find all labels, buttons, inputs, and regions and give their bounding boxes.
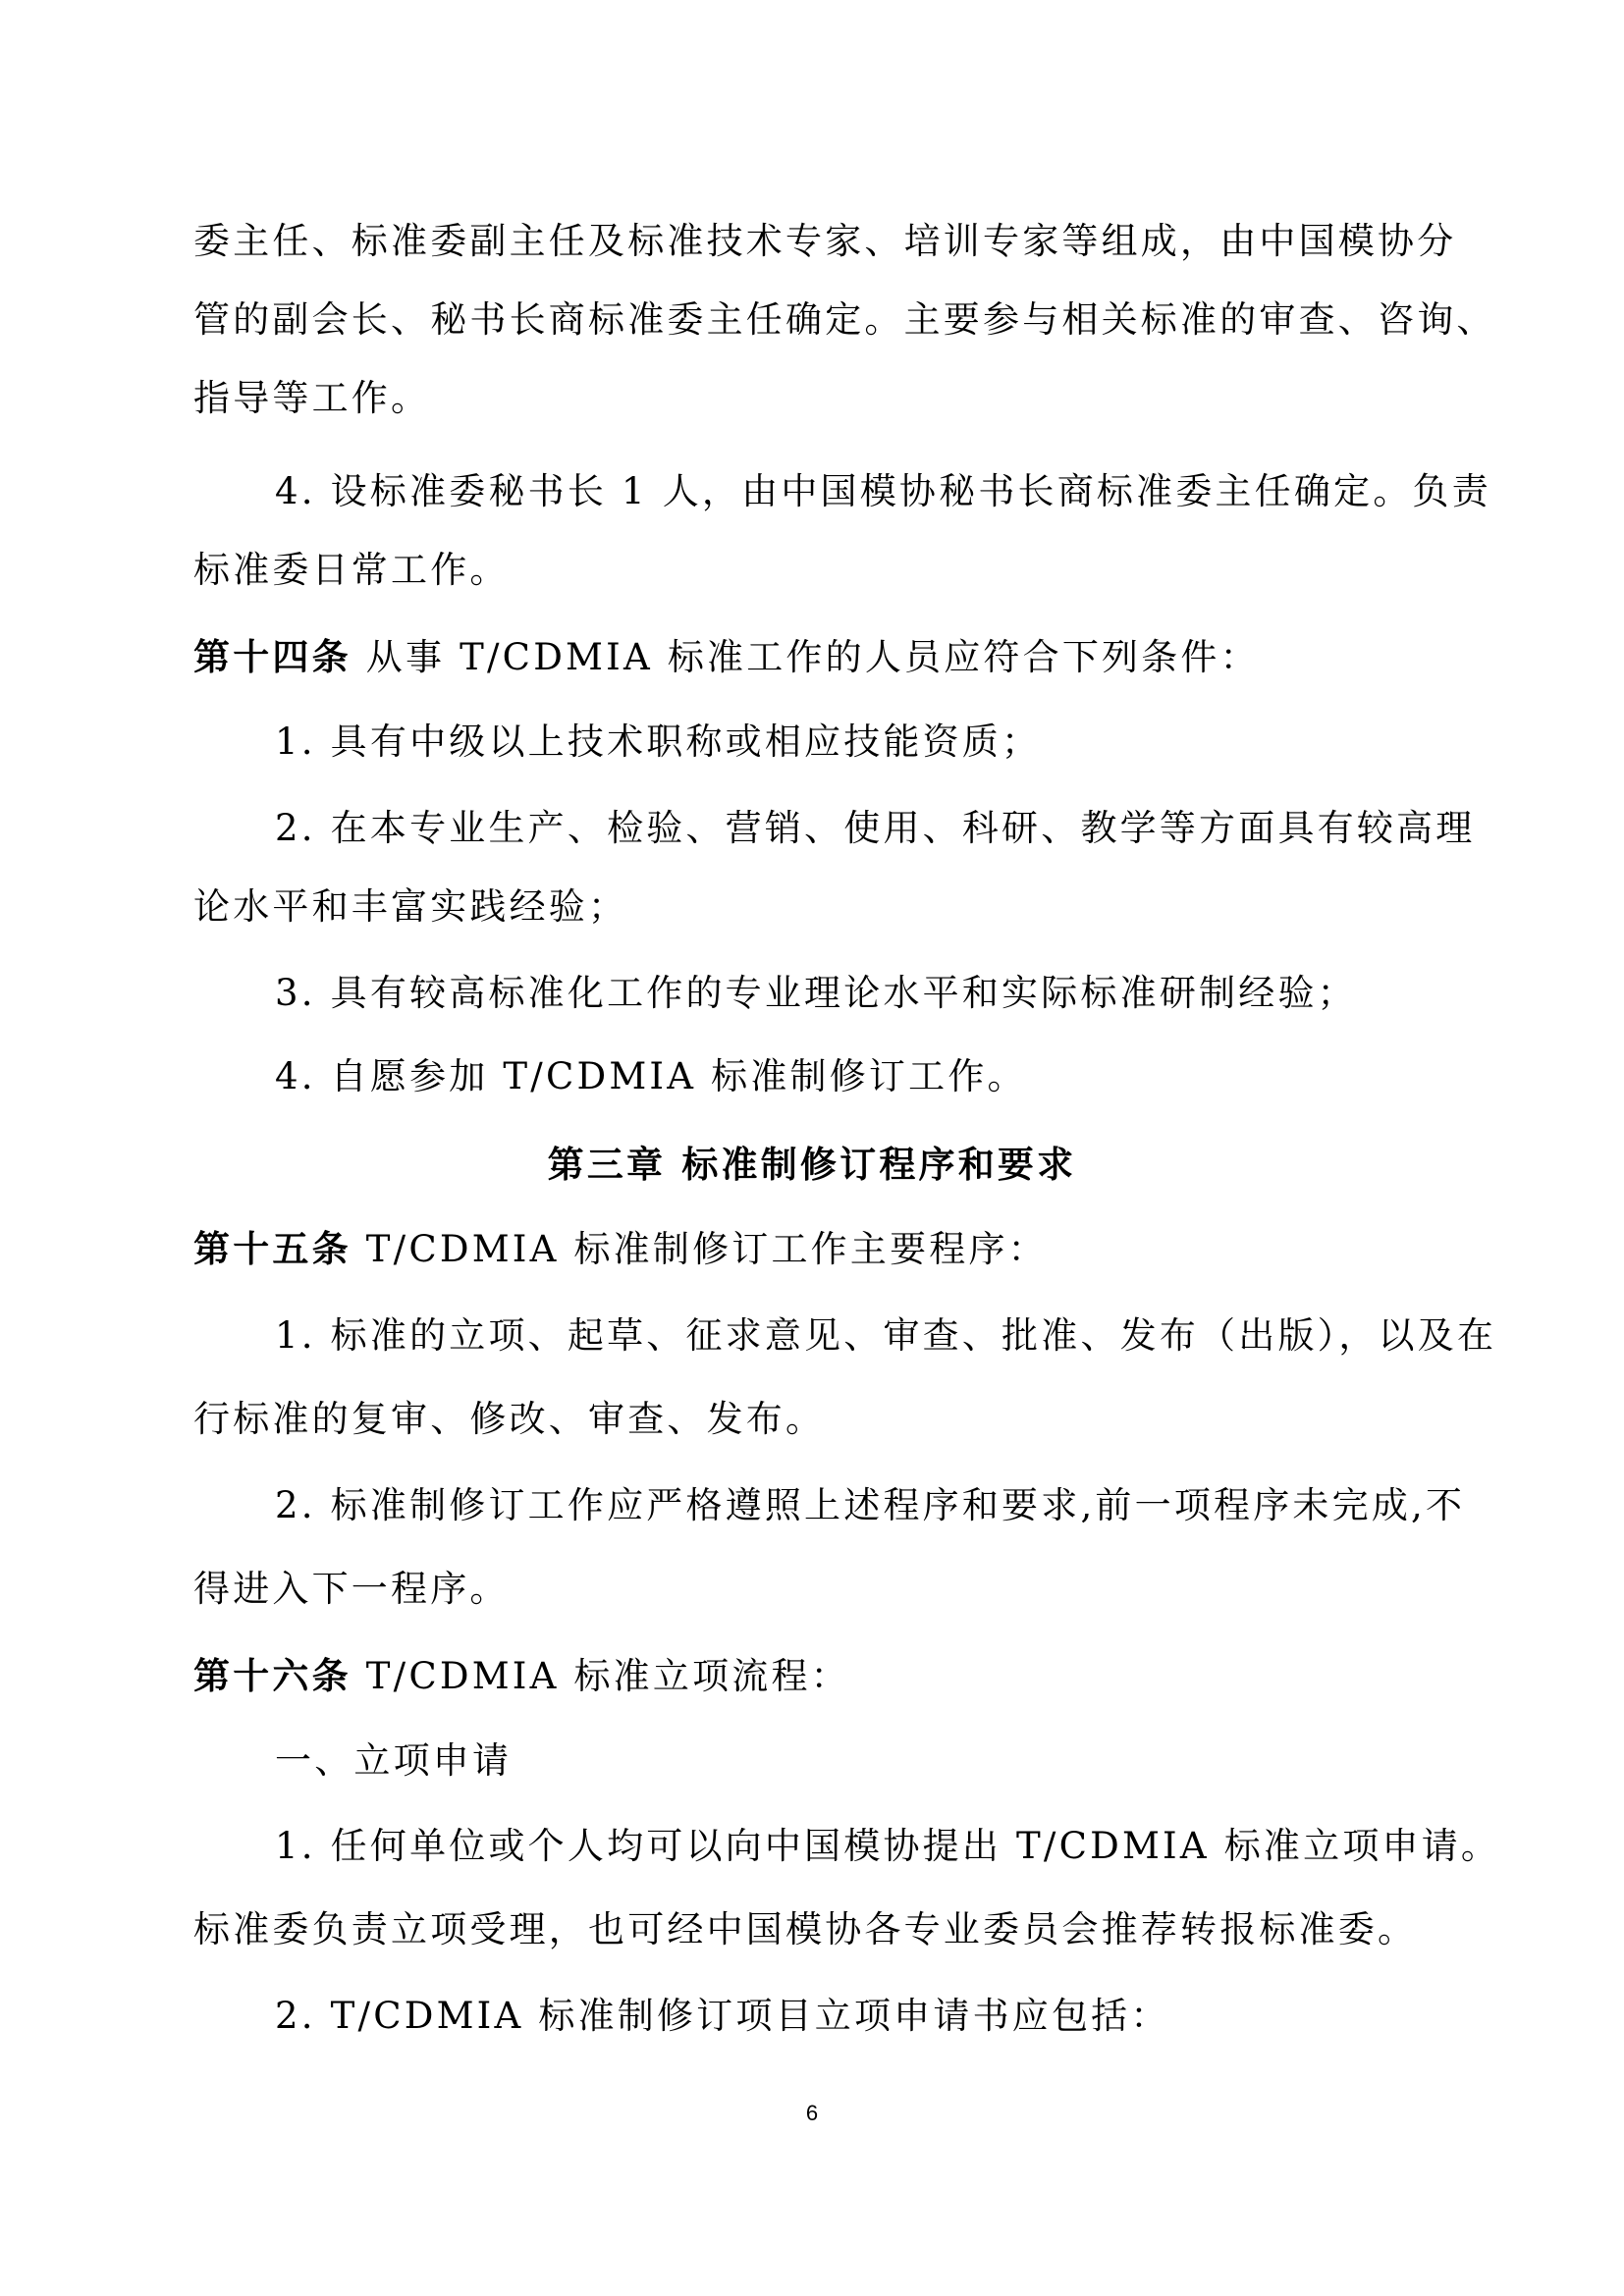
article-label: 第十六条	[193, 1654, 352, 1697]
page-number: 6	[0, 2101, 1624, 2126]
list-item: 1. 任何单位或个人均可以向中国模协提出 T/CDMIA 标准立项申请。	[275, 1823, 1435, 1870]
article-label: 第十五条	[193, 1227, 352, 1270]
paragraph-line: 论水平和丰富实践经验；	[193, 883, 1435, 931]
paragraph-line: 行标准的复审、修改、审查、发布。	[193, 1396, 1435, 1443]
paragraph-line: 得进入下一程序。	[193, 1566, 1435, 1613]
list-item: 4. 自愿参加 T/CDMIA 标准制修订工作。	[275, 1053, 1435, 1100]
list-item: 3. 具有较高标准化工作的专业理论水平和实际标准研制经验；	[275, 970, 1435, 1017]
chapter-heading: 第三章 标准制修订程序和要求	[0, 1141, 1624, 1188]
article-14: 第十四条 从事 T/CDMIA 标准工作的人员应符合下列条件：	[193, 633, 1435, 681]
paragraph-line: 4. 设标准委秘书长 1 人，由中国模协秘书长商标准委主任确定。负责	[275, 468, 1435, 515]
paragraph-line: 标准委负责立项受理，也可经中国模协各专业委员会推荐转报标准委。	[193, 1906, 1435, 1953]
article-text: T/CDMIA 标准立项流程：	[352, 1655, 850, 1697]
paragraph-line: 标准委日常工作。	[193, 547, 1435, 594]
section-heading: 一、立项申请	[275, 1737, 1435, 1785]
paragraph-line: 指导等工作。	[193, 375, 1435, 422]
paragraph-line: 委主任、标准委副主任及标准技术专家、培训专家等组成，由中国模协分	[193, 218, 1435, 265]
article-text: T/CDMIA 标准制修订工作主要程序：	[352, 1228, 1048, 1270]
article-text: 从事 T/CDMIA 标准工作的人员应符合下列条件：	[352, 636, 1260, 678]
list-item: 1. 具有中级以上技术职称或相应技能资质；	[275, 719, 1435, 766]
paragraph-line: 管的副会长、秘书长商标准委主任确定。主要参与相关标准的审查、咨询、	[193, 296, 1435, 344]
list-item: 2. T/CDMIA 标准制修订项目立项申请书应包括：	[275, 1993, 1435, 2040]
list-item: 2. 标准制修订工作应严格遵照上述程序和要求,前一项程序未完成,不	[275, 1482, 1435, 1529]
article-label: 第十四条	[193, 635, 352, 678]
list-item: 2. 在本专业生产、检验、营销、使用、科研、教学等方面具有较高理	[275, 805, 1435, 852]
article-15: 第十五条 T/CDMIA 标准制修订工作主要程序：	[193, 1225, 1435, 1273]
list-item: 1. 标准的立项、起草、征求意见、审查、批准、发布（出版），以及在	[275, 1312, 1435, 1360]
document-page: 委主任、标准委副主任及标准技术专家、培训专家等组成，由中国模协分 管的副会长、秘…	[0, 0, 1624, 2296]
article-16: 第十六条 T/CDMIA 标准立项流程：	[193, 1652, 1435, 1700]
